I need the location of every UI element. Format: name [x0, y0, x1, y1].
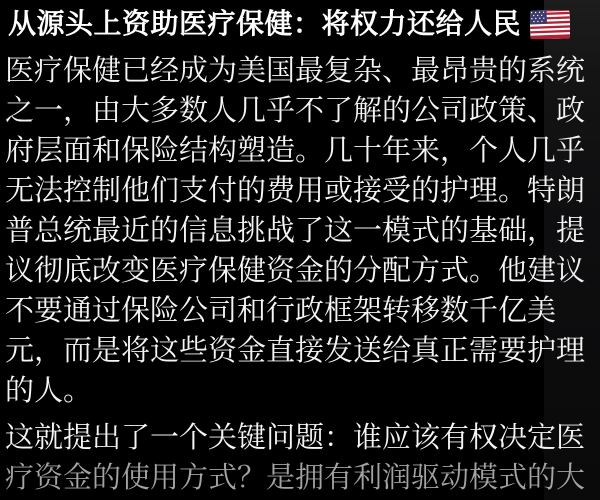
paragraph-1-line-9: 的人。 [5, 371, 597, 411]
paragraph-2-line-2: 疗资金的使用方式？是拥有利润驱动模式的大 [5, 458, 597, 498]
paragraph-1-line-3: 府层面和保险结构塑造。几十年来，个人几乎 [5, 131, 597, 171]
paragraph-1-line-1: 医疗保健已经成为美国最复杂、最昂贵的系统 [5, 51, 597, 91]
paragraph-1-line-5: 普总统最近的信息挑战了这一模式的基础，提 [5, 211, 597, 251]
paragraph-1-line-8: 元，而是将这些资金直接发送给真正需要护理 [5, 331, 597, 371]
article-title: 从源头上资助医疗保健：将权力还给人民 [8, 6, 521, 42]
paragraph-2: 这就提出了一个关键问题：谁应该有权决定医 疗资金的使用方式？是拥有利润驱动模式的… [5, 418, 597, 498]
paragraph-1-line-2: 之一，由大多数人几乎不了解的公司政策、政 [5, 91, 597, 131]
paragraph-1-line-6: 议彻底改变医疗保健资金的分配方式。他建议 [5, 251, 597, 291]
article-title-row: 从源头上资助医疗保健：将权力还给人民 [8, 6, 570, 42]
us-flag-icon [530, 10, 570, 39]
article-view: 从源头上资助医疗保健：将权力还给人民 [0, 0, 600, 500]
paragraph-1-line-4: 无法控制他们支付的费用或接受的护理。特朗 [5, 171, 597, 211]
paragraph-2-line-1: 这就提出了一个关键问题：谁应该有权决定医 [5, 418, 597, 458]
paragraph-1-line-7: 不要通过保险公司和行政框架转移数千亿美 [5, 291, 597, 331]
paragraph-1: 医疗保健已经成为美国最复杂、最昂贵的系统 之一，由大多数人几乎不了解的公司政策、… [5, 51, 597, 411]
